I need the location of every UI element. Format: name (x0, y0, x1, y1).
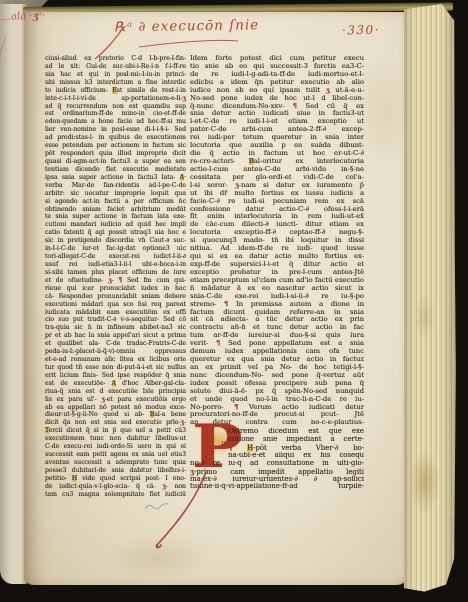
text-line: et-e-ad romanam alic litea ex licibus or… (45, 356, 186, 364)
manuscript-page: ℞ᵃ ∂ execucōn ſnie ·330· ciusi-aliud ex … (24, 12, 408, 585)
text-line: successit eam petit agens ex snia uel et… (45, 451, 186, 459)
text-line: re-cre-actori- Bal-oritur ex interlocuto… (190, 158, 364, 166)
text-line: nunc dicendum-No- sed pone q̄-vertuz aūt (190, 372, 364, 380)
text-line: etiam preceptum ul'clam cum ad'io factū … (190, 277, 364, 285)
red-paragraph-mark: ʒ (183, 95, 186, 102)
text-line: snia detur actio iudicati siue in factu3… (190, 110, 364, 118)
text-line: pōt responderi quia illud improprie dici… (45, 150, 186, 158)
text-line: iudicata mādabit eam executiōm ex offi (45, 309, 186, 317)
red-paragraph-mark: ¶ (234, 404, 238, 411)
text-line: si agendo act-in factū a per officium n̄… (45, 198, 186, 206)
red-paragraph-mark: ʒ (180, 419, 183, 426)
text-line: exp-ff-de supersici-l-i-et q̄ ditur acti… (190, 261, 364, 269)
text-line: iudice non ab eo qui ipsam tulit ʒ ut-ā-… (190, 87, 364, 95)
text-line: dicit q̄a non est snia sed executio prīe… (45, 419, 186, 427)
text-line: ī-et-C-de re iudi-l-i-et etiam exceptio … (190, 118, 364, 126)
text-line: ut ibi dr̄ multo fortius ex iussu iudici… (190, 190, 364, 198)
red-paragraph-mark: ¶ (293, 103, 297, 110)
text-line: lier ven-nomine in posl-esse di-l-i-§-i-… (45, 126, 186, 134)
text-line: locutoria que auxilia p ea suāda dibunt- (190, 142, 364, 150)
text-line: verba Mar-de fan-ridentis ad-l-pe-C-de (45, 182, 186, 190)
text-line: cessitata per glo-ordi-et vidi-C-de col'… (190, 174, 364, 182)
final-paragraph-indented-lines: Ostremo dicēdum est que executionē snie … (190, 428, 364, 460)
fore-edge-stain (414, 294, 436, 340)
text-line: et de ofuetudine- ʒ- ¶ Sed fm cum qui- (45, 277, 186, 285)
text-line: fit enim interlocutoria in rem iudi-ut-e… (190, 213, 364, 221)
text-line: pater-C-de arbi-cum antea-2-ff-∂ excep- (190, 126, 364, 134)
book-photo: { "colors":{ "bg":"#13100c", "paper":"#e… (0, 0, 468, 602)
text-line: locutoria exceptio-ff-∂ ceptao-ff-∂ negu… (190, 229, 364, 237)
text-line: tori-allegat-C-de execut-rei iudict-l-ii… (45, 253, 186, 261)
folio-number: ·330· (342, 23, 390, 38)
text-line: te snia super actione in factum lata exe… (45, 213, 186, 221)
text-line: ad predi:stas-l- in quibus de executione… (45, 134, 186, 142)
text-line: rieue qui icer pronuciabit iudex in hac (45, 285, 186, 293)
margin-note: …ala ·ʒᵃ· (1, 10, 59, 23)
text-line: est ordinarium-ff-de mino-in cio-et-ff-d… (45, 110, 186, 118)
text-line: qui si ex ea datur actio multo fortius e… (190, 253, 364, 261)
text-line: tra-quia sic n̄ in infineum abibet-na3 s… (45, 324, 186, 332)
running-title: ℞ᵃ ∂ execucōn ſnie (114, 17, 289, 42)
red-paragraph-mark: ¶ (224, 301, 228, 308)
text-line: usuf rei iudi-etia3-l-ii-ī ubi-e-boca-i-… (45, 261, 186, 269)
text-line: demum iudex appellationis cam ofa tunc (190, 348, 364, 356)
red-paragraph-mark: ʒ (101, 396, 104, 403)
text-line: peda-iu-l:-placet-ii-q̄-vi-omnia oppress… (45, 348, 186, 356)
text-line: facie-C-∂ re iudi-si pecuniam rem ex scā (190, 198, 364, 206)
yellow-washed-capital: A (180, 174, 184, 181)
text-line: dieur-ut-§-g-ii-No quod si ab- Bal-a ben… (45, 411, 186, 419)
text-line: de re iudi-l-g-adi-ta-ff-de iudi-mortuo-… (190, 71, 364, 79)
text-line: executioni mādari qua sco n̄si req parea… (45, 301, 186, 309)
text-line: solute diui-ā-ē- px q̄ spēn-No-sed nunqu… (190, 388, 364, 396)
text-line: an ex primit vel pa No- de hoc tetigi-ī-… (190, 364, 364, 372)
text-line: na-ubi-ē-et aliqui ex his cōsequ (228, 452, 364, 460)
yellow-washed-capital: H (72, 475, 77, 482)
text-line: No-porro- ¶ Verum actio iudicati detur (190, 404, 364, 412)
text-line: ad le xit: Gui-de suc-ubi-i-Re-i-n f-i-f… (45, 63, 186, 71)
red-paragraph-mark: ʒ (108, 277, 111, 284)
text-line: et unde quod no-ī-in trac-li-n-C-de re i… (190, 396, 364, 404)
text-line: C-de execu-rei iudi-ordo-Si uero in qui … (45, 443, 186, 451)
red-paragraph-mark: ʒ (235, 182, 239, 189)
text-line: exceptio probatur in pre-l-cum antea-Jtē (190, 269, 364, 277)
text-line: cutioni mandari iudicio ad quid hec impl… (45, 221, 186, 229)
text-line: ubi missus h3 interdictum a fine interdi… (45, 79, 186, 87)
text-line: pr et ab hac la snia appel'ari sicut a p… (45, 332, 186, 340)
yellow-washed-capital: A (112, 380, 116, 387)
text-line: ad q̄ recurrendum non est quamdiu sup (45, 103, 186, 111)
text-line: ab ea appellari nō potest nō modus exce- (45, 404, 186, 412)
text-line: cio suo put tradit-C-∂ v-s-sequitur- Sed… (45, 316, 186, 324)
facing-page-edge (0, 4, 27, 584)
text-line: iudex possit ofessa precipere sub pena q… (190, 380, 364, 388)
yellow-washed-capital: B (150, 411, 155, 418)
text-line: edon-quedam a bone facie ad hoc-ff-si mu (45, 118, 186, 126)
text-line: Tercii dicut q̄ si in p̄ quo uel a petit… (45, 427, 186, 435)
text-line: l-si soror- ʒ-nam si datur ex iuramento … (190, 182, 364, 190)
marginalia-scribble (142, 500, 172, 514)
text-line: No-sed pone iudex de hoc ut-ī d libel-co… (190, 95, 364, 103)
text-line: arbitr: sic uocatur improprie loquit qua (45, 190, 186, 198)
text-line: actio-l-cum antea-C-de arbi-vide in-§-ne (190, 166, 364, 174)
text-line: verit- ¶ Sed pone appellatum est a snia (190, 340, 364, 348)
text-line: Ostremo dicēdum est que exe (228, 428, 364, 436)
yellow-washed-capital: E (112, 87, 116, 94)
text-line: snia-C-de exe-rei iudi-l-si-ū-∂ re iu-§-… (190, 293, 364, 301)
text-line: tio snie ab eo qui successit-3 forctis e… (190, 63, 364, 71)
text-column-left: ciusi-aliud ex pretorio C-d l-b-pre-l-fi… (45, 55, 186, 499)
text-line: esse petendam per actionem in factum sic (45, 142, 186, 150)
text-line: ¶ H-pōt verba Vber-∂ bo- (228, 444, 364, 452)
text-line: contractu an̄-n̄ et tunc detur actio in … (190, 324, 364, 332)
text-line: factum dicunt quidam referre-an in snia (190, 309, 364, 317)
text-line: cutionē snie impediant a certe- (228, 436, 364, 444)
text-line: lis ex para ul'- ʒ-et para executiōis er… (45, 396, 186, 404)
text-line: obtinendo sniam faciet arbitrium medāt (45, 206, 186, 214)
text-line: de cāc-cum dilecti-∂ iuncti- ditur etiam… (190, 221, 364, 229)
text-line: stremo- ¶ In premissa autem a dione in (190, 301, 364, 309)
text-line: riua-q̄ snia est d executiōe Isle princi… (45, 388, 186, 396)
yellow-washed-capital: T (45, 427, 49, 434)
text-line: die q̄ actio in factum ut hoc er-ut-C-∂ (190, 150, 364, 158)
yellow-washed-capital: B (249, 158, 254, 165)
text-line: tum ar-ff-de iureiur-si duo-§-si quis iu… (190, 332, 364, 340)
text-line: est de executiōe- A d'hoc Alber-gal-cla- (45, 380, 186, 388)
text-line: quasi di-agm-act-in factu3 a super ea se… (45, 158, 186, 166)
fore-edge-stain (410, 450, 440, 514)
red-paragraph-mark: ¶ (118, 277, 122, 284)
yellow-washed-capital: H (247, 444, 253, 452)
red-paragraph-mark: ʒ (32, 11, 38, 22)
text-line: queretur ex qua snia detur actio in fact… (190, 356, 364, 364)
text-line: confessione datur actio-C-∂ ofess-l-i-er… (190, 206, 364, 214)
fore-edge-page-stack (404, 4, 458, 594)
text-line: q̄-nunc dicendum-No-xxv- ¶ Sed cū q̄ ex (190, 103, 364, 111)
text-line: tur quod tn̄ esse non di-put-ā-i-et sic … (45, 364, 186, 372)
text-line: in-l-i-C-de iur-et fac-ig-dat optione3 u… (45, 245, 186, 253)
text-line: ipsa snia super actione in factu3 lata- … (45, 174, 186, 182)
red-paragraph-mark: ¶ (228, 444, 232, 452)
text-line: et qualibet ala- C-de tradac-Fratris-C-d… (45, 340, 186, 348)
text-line: edicbu a idem q̄n petitur executio ab al… (190, 79, 364, 87)
text-line: cā- Respondeo pronunciabit sniam debere (45, 293, 186, 301)
text-line: si-sibi tamen plus placet officium de iu… (45, 269, 186, 277)
text-line: n̄ mādatur ā ex eo nascitur actio sicut … (190, 285, 364, 293)
text-line: uia hac et qui in posl-mi:-l-iu-in princ… (45, 71, 186, 79)
text-line: rei iudi-per totum queretur in snia inte… (190, 134, 364, 142)
text-line: sic in pretigendo discordia vn̄ Caut-∂ s… (45, 237, 186, 245)
text-line: tentiam dicendo fiet executio medietate (45, 166, 186, 174)
text-line: sit cā adiecta- a tūc detur actio ex pri… (190, 316, 364, 324)
text-line: erit licium finis- Sed ipse respōder q̄ … (45, 372, 186, 380)
text-line: si quocunq3 mado- tn̄ ibi loquitur in di… (190, 237, 364, 245)
text-line: inte-c-i-t-l-i-vi-de ap-portationem-e-li… (45, 95, 186, 103)
drop-cap-guide-letter: p (221, 439, 225, 447)
red-paragraph-mark: ʒ (326, 87, 330, 94)
red-paragraph-mark: ¶ (216, 340, 220, 347)
text-line: nitiua. Ad idem-ff-de re iudi- quod iuss… (190, 245, 364, 253)
text-line: catio fatenti q̄ agi possit utraq3 uia h… (45, 229, 186, 237)
text-line: to iudicis officium- Est simile de rest-… (45, 87, 186, 95)
text-line: executionem tunc non dabitur libellus-ut (45, 435, 186, 443)
text-column-right: Idem forte potest dici cum petitur execu… (190, 55, 364, 427)
